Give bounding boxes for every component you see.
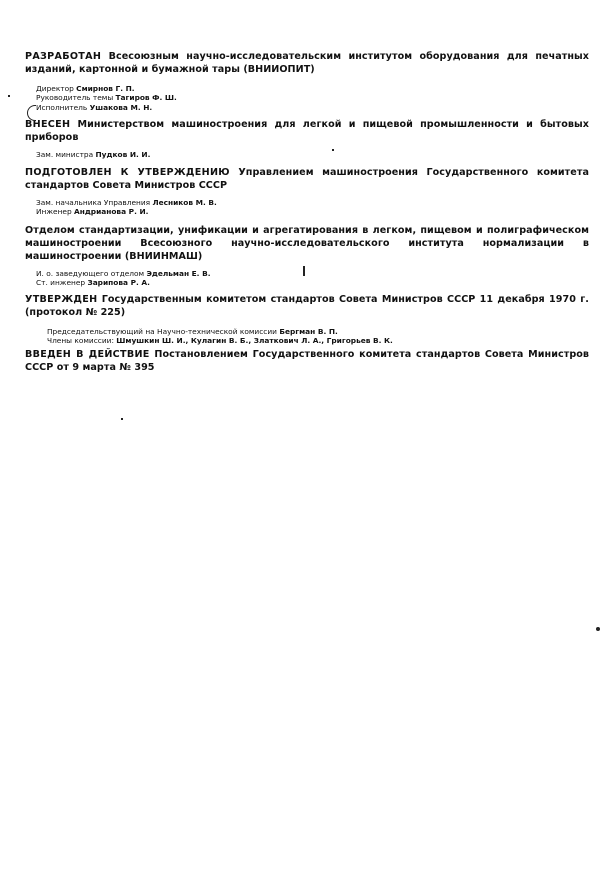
signatories-list: Председательствующий на Научно-техническ… [47, 327, 589, 346]
section-paragraph: ПОДГОТОВЛЕН К УТВЕРЖДЕНИЮ Управлением ма… [25, 166, 589, 192]
signatory: Председательствующий на Научно-техническ… [47, 327, 589, 336]
signatories-list: Зам. начальника Управления Лесников М. В… [36, 198, 589, 217]
section-keyword: ПОДГОТОВЛЕН К УТВЕРЖДЕНИЮ [25, 167, 230, 178]
section-keyword: ВВЕДЕН В ДЕЙСТВИЕ [25, 349, 150, 360]
section-developed: РАЗРАБОТАН Всесоюзным научно-исследовате… [25, 50, 589, 112]
signatory: Ст. инженер Зарипова Р. А. [36, 278, 589, 287]
scan-speck [8, 95, 10, 97]
signatory: И. о. заведующего отделом Эдельман Е. В. [36, 269, 589, 278]
scan-speck [121, 418, 123, 420]
signatory: Руководитель темы Тагиров Ф. Ш. [36, 93, 589, 102]
section-text: Отделом стандартизации, унификации и агр… [25, 225, 589, 262]
signatory: Члены комиссии: Шмушкин Ш. И., Кулагин В… [47, 336, 589, 345]
section-paragraph: ВНЕСЕН Министерством машиностроения для … [25, 118, 589, 144]
signatories-list: Директор Смирнов Г. П. Руководитель темы… [36, 84, 589, 112]
section-submitted: ВНЕСЕН Министерством машиностроения для … [25, 118, 589, 159]
section-prepared: ПОДГОТОВЛЕН К УТВЕРЖДЕНИЮ Управлением ма… [25, 166, 589, 217]
section-paragraph: РАЗРАБОТАН Всесоюзным научно-исследовате… [25, 50, 589, 76]
section-department: Отделом стандартизации, унификации и агр… [25, 224, 589, 288]
section-paragraph: ВВЕДЕН В ДЕЙСТВИЕ Постановлением Государ… [25, 348, 589, 374]
section-text: Всесоюзным научно-исследовательским инст… [25, 51, 589, 75]
section-keyword: УТВЕРЖДЕН [25, 294, 97, 305]
scan-speck [596, 627, 600, 631]
signatory: Зам. начальника Управления Лесников М. В… [36, 198, 589, 207]
section-paragraph: УТВЕРЖДЕН Государственным комитетом стан… [25, 293, 589, 319]
handwritten-bracket-mark [27, 105, 36, 121]
section-approved: УТВЕРЖДЕН Государственным комитетом стан… [25, 293, 589, 346]
section-enacted: ВВЕДЕН В ДЕЙСТВИЕ Постановлением Государ… [25, 348, 589, 374]
signatory: Исполнитель Ушакова М. Н. [36, 103, 589, 112]
signatories-list: И. о. заведующего отделом Эдельман Е. В.… [36, 269, 589, 288]
section-text: Министерством машиностроения для легкой … [25, 119, 589, 143]
scan-mark [303, 266, 305, 276]
section-keyword: РАЗРАБОТАН [25, 51, 101, 62]
signatory: Инженер Андрианова Р. И. [36, 207, 589, 216]
signatory: Директор Смирнов Г. П. [36, 84, 589, 93]
section-paragraph: Отделом стандартизации, унификации и агр… [25, 224, 589, 263]
signatory: Зам. министра Пудков И. И. [36, 150, 589, 159]
scan-speck [332, 149, 334, 151]
section-text: Государственным комитетом стандартов Сов… [25, 294, 589, 318]
signatories-list: Зам. министра Пудков И. И. [36, 150, 589, 159]
